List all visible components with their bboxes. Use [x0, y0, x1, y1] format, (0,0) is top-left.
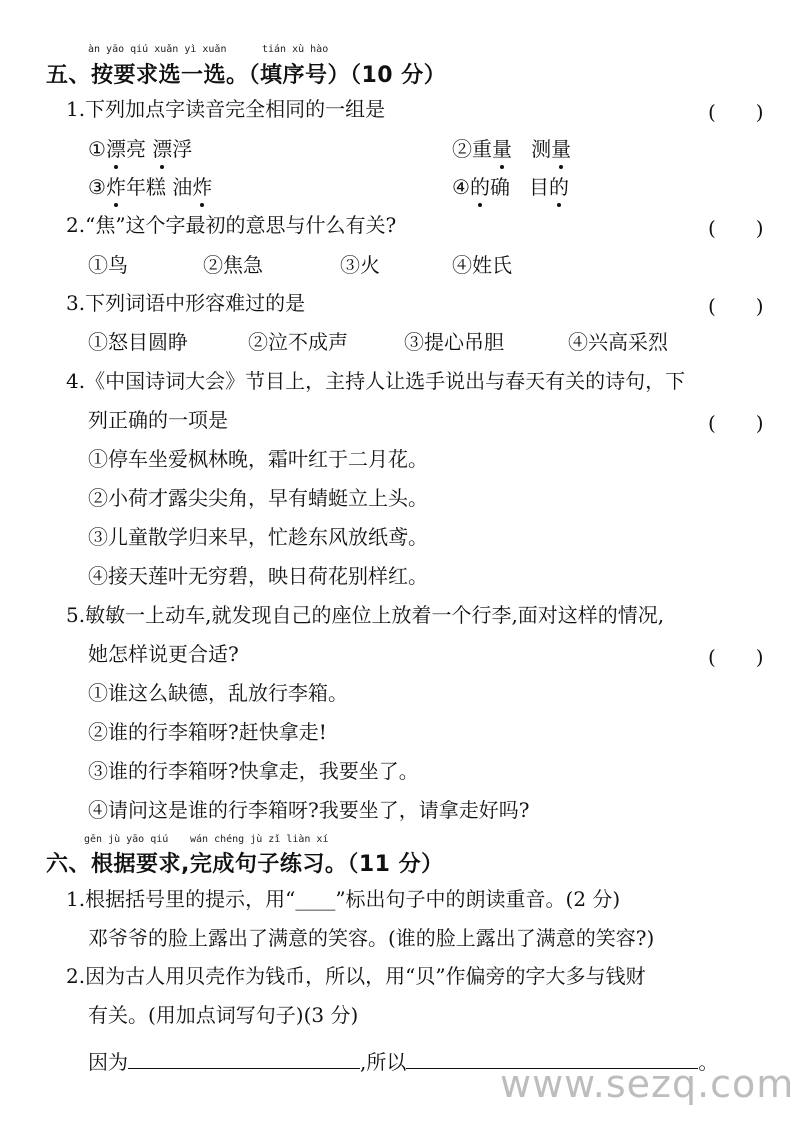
q3-option-3: ③提心吊胆	[404, 329, 504, 355]
q4-option-1: ①停车坐爱枫林晚，霜叶红于二月花。	[88, 446, 428, 472]
question-5: 5.敏敏一上动车,就发现自己的座位上放着一个行李,面对这样的情况,	[66, 602, 664, 628]
s6-question-1: 1.根据括号里的提示，用“____”标出句子中的朗读重音。(2 分)	[66, 886, 620, 912]
question-4: 4.《中国诗词大会》节目上，主持人让选手说出与春天有关的诗句，下	[66, 368, 685, 394]
section6-title: 六、根据要求,完成句子练习。（11 分）	[46, 847, 444, 878]
q2-option-3: ③火	[340, 252, 380, 278]
q5-option-4: ④请问这是谁的行李箱呀?我要坐了，请拿走好吗?	[88, 797, 529, 823]
q4-option-4: ④接天莲叶无穷碧，映日荷花别样红。	[88, 563, 428, 589]
dotted-char: 炸	[192, 174, 212, 200]
s6-q1-sentence: 邓爷爷的脸上露出了满意的笑容。(谁的脸上露出了满意的笑容?)	[88, 925, 654, 951]
q2-option-2: ②焦急	[203, 252, 263, 278]
answer-paren-q2[interactable]: ( )	[708, 212, 764, 241]
underline-sample: ____	[295, 887, 335, 911]
answer-paren-q1[interactable]: ( )	[708, 96, 764, 125]
q4-option-3: ③儿童散学归来早，忙趁东风放纸鸢。	[88, 524, 428, 550]
dotted-char: 漂	[106, 136, 126, 162]
section5-pinyin-left: àn yāo qiú xuǎn yì xuǎn	[88, 44, 226, 55]
dotted-char: 量	[551, 136, 571, 162]
answer-paren-q4[interactable]: ( )	[708, 407, 764, 436]
answer-paren-q5[interactable]: ( )	[708, 641, 764, 670]
s6-question-2-line2: 有关。(用加点词写句子)(3 分)	[88, 1002, 358, 1028]
question-2: 2.“焦”这个字最初的意思与什么有关?	[66, 212, 396, 238]
fill-middle: ,所以	[360, 1050, 406, 1074]
q2-option-4: ④姓氏	[452, 252, 512, 278]
section6-pinyin-left: gēn jù yāo qiú	[84, 834, 168, 845]
question-5-line2: 她怎样说更合适?	[88, 641, 239, 667]
fill-blank-1[interactable]	[128, 1046, 360, 1069]
q1-option-2: ②重量 测量	[452, 136, 571, 162]
dotted-char: 的	[549, 174, 569, 200]
q3-option-2: ②泣不成声	[248, 329, 348, 355]
dotted-char: 的	[470, 174, 490, 200]
answer-paren-q3[interactable]: ( )	[708, 290, 764, 319]
q5-option-2: ②谁的行李箱呀?赶快拿走!	[88, 719, 327, 745]
q3-option-1: ①怒目圆睁	[88, 329, 188, 355]
question-number: 1.	[66, 97, 85, 121]
q1-option-1: ①漂亮 漂浮	[88, 136, 192, 162]
section5-title: 五、按要求选一选。（填序号）（10 分）	[46, 58, 446, 89]
dotted-char: 炸	[106, 174, 126, 200]
fill-prefix: 因为	[88, 1050, 128, 1074]
q1-option-4: ④的确 目的	[452, 174, 569, 200]
question-stem: 下列加点字读音完全相同的一组是	[85, 97, 385, 121]
section6-pinyin-right: wán chéng jù zǐ liàn xí	[190, 834, 328, 845]
dotted-char: 漂	[152, 136, 172, 162]
q2-option-1: ①鸟	[88, 252, 128, 278]
question-4-line2: 列正确的一项是	[88, 407, 228, 433]
q1-option-3: ③炸年糕 油炸	[88, 174, 212, 200]
question-1: 1.下列加点字读音完全相同的一组是	[66, 96, 385, 122]
s6-question-2: 2.因为古人用贝壳作为钱币，所以，用“贝”作偏旁的字大多与钱财	[66, 963, 646, 989]
dotted-char: 量	[492, 136, 512, 162]
q5-option-1: ①谁这么缺德，乱放行李箱。	[88, 680, 348, 706]
question-3: 3.下列词语中形容难过的是	[66, 290, 305, 316]
section5-pinyin-right: tián xù hào	[262, 44, 328, 55]
q3-option-4: ④兴高采烈	[568, 329, 668, 355]
q5-option-3: ③谁的行李箱呀?快拿走，我要坐了。	[88, 758, 419, 784]
watermark: www.sezq.com	[500, 1062, 794, 1106]
q4-option-2: ②小荷才露尖尖角，早有蜻蜓立上头。	[88, 485, 428, 511]
